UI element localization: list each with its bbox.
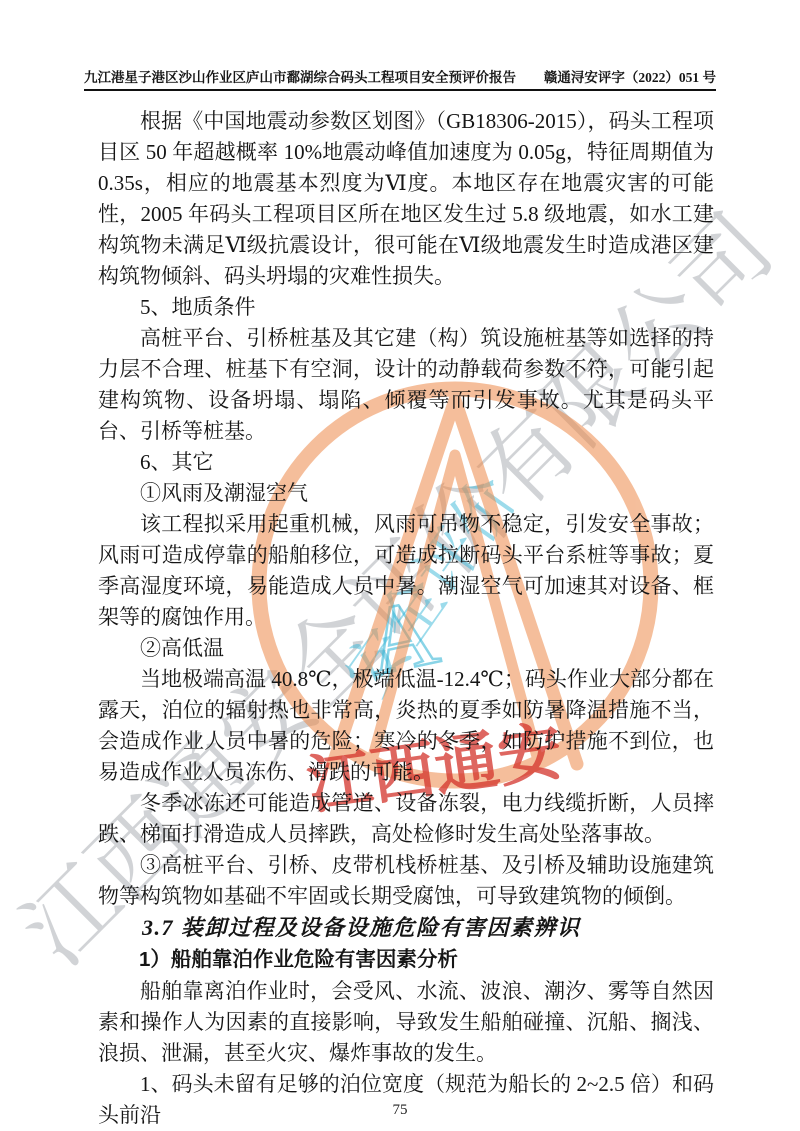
page-number: 75	[0, 1102, 800, 1119]
paragraph-pile-foundation: 高桩平台、引桥桩基及其它建（构）筑设施桩基等如选择的持力层不合理、桩基下有空洞，…	[98, 323, 714, 447]
page-header: 九江港星子港区沙山作业区庐山市鄱湖综合码头工程项目安全预评价报告 赣通浔安评字（…	[84, 66, 716, 91]
paragraph-item6-other: 6、其它	[98, 447, 714, 478]
header-doc-number: 赣通浔安评字（2022）051 号	[544, 66, 716, 86]
paragraph-wind-rain-detail: 该工程拟采用起重机械，风雨可吊物不稳定，引发安全事故；风雨可造成停靠的船舶移位，…	[98, 509, 714, 633]
paragraph-wind-rain-label: ①风雨及潮湿空气	[98, 478, 714, 509]
paragraph-temperature-detail: 当地极端高温 40.8℃，极端低温-12.4℃；码头作业大部分都在露天，泊位的辐…	[98, 664, 714, 788]
sub-heading-berthing: 1）船舶靠泊作业危险有害因素分析	[98, 943, 714, 976]
paragraph-structure-corrosion: ③高桩平台、引桥、皮带机栈桥桩基、及引桥及辅助设施建筑物等构筑物如基础不牢固或长…	[98, 850, 714, 912]
paragraph-item5-geology: 5、地质条件	[98, 292, 714, 323]
paragraph-earthquake: 根据《中国地震动参数区划图》（GB18306-2015），码头工程项目区 50 …	[98, 106, 714, 292]
content-layer: 九江港星子港区沙山作业区庐山市鄱湖综合码头工程项目安全预评价报告 赣通浔安评字（…	[0, 66, 800, 1131]
paragraph-berth-width: 1、码头未留有足够的泊位宽度（规范为船长的 2~2.5 倍）和码头前沿	[98, 1069, 714, 1131]
paragraph-temperature-label: ②高低温	[98, 633, 714, 664]
paragraph-winter-freeze: 冬季冰冻还可能造成管道、设备冻裂，电力线缆折断，人员摔跌、梯面打滑造成人员摔跌，…	[98, 788, 714, 850]
section-heading-3-7: 3.7 装卸过程及设备设施危险有害因素辨识	[98, 912, 714, 943]
paragraph-berthing-factors: 船舶靠离泊作业时，会受风、水流、波浪、潮汐、雾等自然因素和操作人为因素的直接影响…	[98, 976, 714, 1069]
header-report-title: 九江港星子港区沙山作业区庐山市鄱湖综合码头工程项目安全预评价报告	[84, 66, 516, 86]
document-page: 江西通安全评价有限公司 安全评价 A 江西通安 九江港星子港区沙山作业区庐山市鄱…	[0, 0, 800, 1131]
document-body: 根据《中国地震动参数区划图》（GB18306-2015），码头工程项目区 50 …	[0, 106, 800, 1131]
